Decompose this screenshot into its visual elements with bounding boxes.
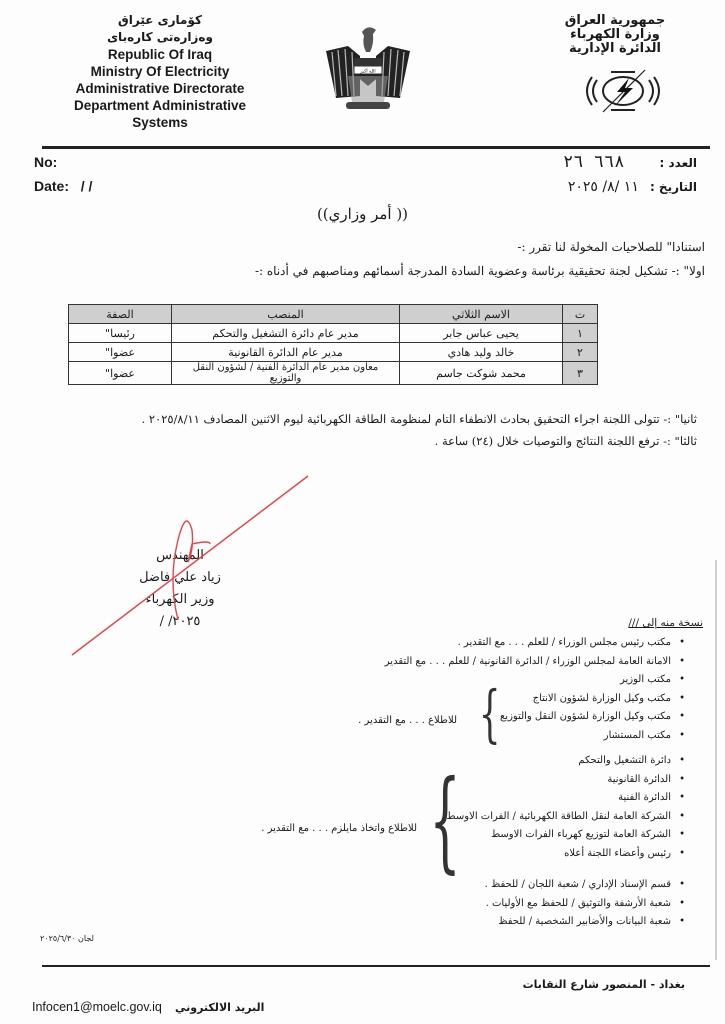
header-english-line-5: Systems <box>40 114 280 131</box>
document-date-row: التاريخ : ١١ /٨/ ٢٠٢٥ <box>477 176 697 195</box>
clause-first: اولا" :- تشكيل لجنة تحقيقية برئاسة وعضوي… <box>255 264 705 278</box>
date-label-en: Date: / / <box>34 178 92 194</box>
table-row: ٣ محمد شوكت جاسم معاون مدير عام الدائرة … <box>69 362 598 385</box>
page-title: ((أمر وزاري )) <box>0 205 725 223</box>
col-header-name: الاسم الثلاثي <box>400 305 563 324</box>
list-item: الشركة العامة لتوزيع كهرباء الفرات الاوس… <box>446 826 685 845</box>
header-english-line-3: Administrative Directorate <box>40 80 280 97</box>
header-arabic-line-2: وزارة الكهرباء <box>555 28 675 42</box>
footer-email-row: Infocen1@moelc.gov.iq البريد الالكتروني <box>32 996 264 1015</box>
list-item: الشركة العامة لنقل الطاقة الكهربائية / ا… <box>446 808 685 827</box>
intro-clause: استنادا" للصلاحيات المخولة لنا تقرر :- <box>517 240 705 254</box>
header-divider <box>42 146 710 149</box>
footer-address: بغداد - المنصور شارع النقابات <box>523 978 685 991</box>
footer-email[interactable]: Infocen1@moelc.gov.iq <box>32 1000 162 1014</box>
page-edge-shadow <box>715 560 717 960</box>
list-item: الدائرة الفنية <box>446 789 685 808</box>
table-header-row: ت الاسم الثلاثي المنصب الصفة <box>69 305 598 324</box>
group1-note: للاطلاع . . . مع التقدير . <box>358 712 457 731</box>
col-header-index: ت <box>563 305 598 324</box>
list-item: مكتب رئيس مجلس الوزراء / للعلم . . . مع … <box>385 634 685 653</box>
document-date: ١١ /٨/ ٢٠٢٥ <box>568 179 639 195</box>
list-item: قسم الإسناد الإداري / شعبة اللجان / للحف… <box>485 876 685 895</box>
lightning-bolt-logo-icon <box>583 66 663 116</box>
list-item: مكتب وكيل الوزارة لشؤون النقل والتوزيع <box>500 708 685 727</box>
header-english-line-1: Republic Of Iraq <box>40 46 280 63</box>
cc-group1-list: مكتب الوزير مكتب وكيل الوزارة لشؤون الان… <box>500 671 685 745</box>
list-item: دائرة التشغيل والتحكم <box>446 752 685 771</box>
filing-note: لجان ٢٠٢٥/٦/٣٠ <box>40 934 94 943</box>
group1-brace-icon: { <box>479 683 501 745</box>
signature-mark-icon <box>60 470 320 660</box>
list-item: شعبة الأرشفة والتوثيق / للحفظ مع الأوليا… <box>485 895 685 914</box>
group2-brace-icon: { <box>429 765 461 875</box>
date-value-en: / / <box>81 178 93 194</box>
header-arabic-line-1: جمهورية العراق <box>555 14 675 28</box>
list-item: الامانة العامة لمجلس الوزراء / الدائرة ا… <box>385 653 685 672</box>
cc-bottom-list: قسم الإسناد الإداري / شعبة اللجان / للحف… <box>485 876 685 932</box>
cc-heading: نسخة منه إلى /// <box>628 614 703 633</box>
list-item: الدائرة القانونية <box>446 771 685 790</box>
col-header-role: الصفة <box>69 305 172 324</box>
header-kurdish-line-2: وەزارەتی کارەبای <box>40 29 280 46</box>
committee-table: ت الاسم الثلاثي المنصب الصفة ١ يحيى عباس… <box>68 304 598 385</box>
footer-email-label: البريد الالكتروني <box>175 1001 264 1014</box>
list-item: مكتب المستشار <box>500 727 685 746</box>
header-arabic-line-3: الدائرة الإدارية <box>555 42 675 56</box>
header-left-block: كۆماری عێراق وەزارەتی کارەبای Republic O… <box>40 12 280 131</box>
table-row: ٢ خالد وليد هادي مدير عام الدائرة القانو… <box>69 343 598 362</box>
svg-text:الله أكبر: الله أكبر <box>359 68 375 75</box>
document-number: ٦٦٨ ٢٦ <box>563 152 624 172</box>
no-label-ar: العدد : <box>660 156 697 170</box>
clause-second: ثانيا" :- تتولى اللجنة اجراء التحقيق بحا… <box>142 412 697 426</box>
list-item: مكتب الوزير <box>500 671 685 690</box>
no-label-en: No: <box>34 154 57 170</box>
header-kurdish-line-1: كۆماری عێراق <box>40 12 280 29</box>
cc-top-list: مكتب رئيس مجلس الوزراء / للعلم . . . مع … <box>385 634 685 671</box>
list-item: مكتب وكيل الوزارة لشؤون الانتاج <box>500 690 685 709</box>
header-right-block: جمهورية العراق وزارة الكهرباء الدائرة ال… <box>555 14 675 56</box>
col-header-position: المنصب <box>172 305 400 324</box>
clause-third: ثالثا" :- ترفع اللجنة النتائج والتوصيات … <box>435 434 697 448</box>
list-item: رئيس وأعضاء اللجنة أعلاه <box>446 845 685 864</box>
footer-divider <box>42 965 710 967</box>
header-english-line-4: Department Administrative <box>40 97 280 114</box>
date-label-ar: التاريخ : <box>650 180 697 194</box>
iraq-eagle-emblem-icon: الله أكبر <box>318 16 418 116</box>
header-english-line-2: Ministry Of Electricity <box>40 63 280 80</box>
group2-note: للاطلاع واتخاذ مايلزم . . . مع التقدير . <box>261 820 417 839</box>
cc-group2-list: دائرة التشغيل والتحكم الدائرة القانونية … <box>446 752 685 863</box>
table-row: ١ يحيى عباس جابر مدير عام دائرة التشغيل … <box>69 324 598 343</box>
document-number-row: العدد : ٦٦٨ ٢٦ <box>477 152 697 172</box>
list-item: شعبة البيانات والأضابير الشخصية / للحفظ <box>485 913 685 932</box>
